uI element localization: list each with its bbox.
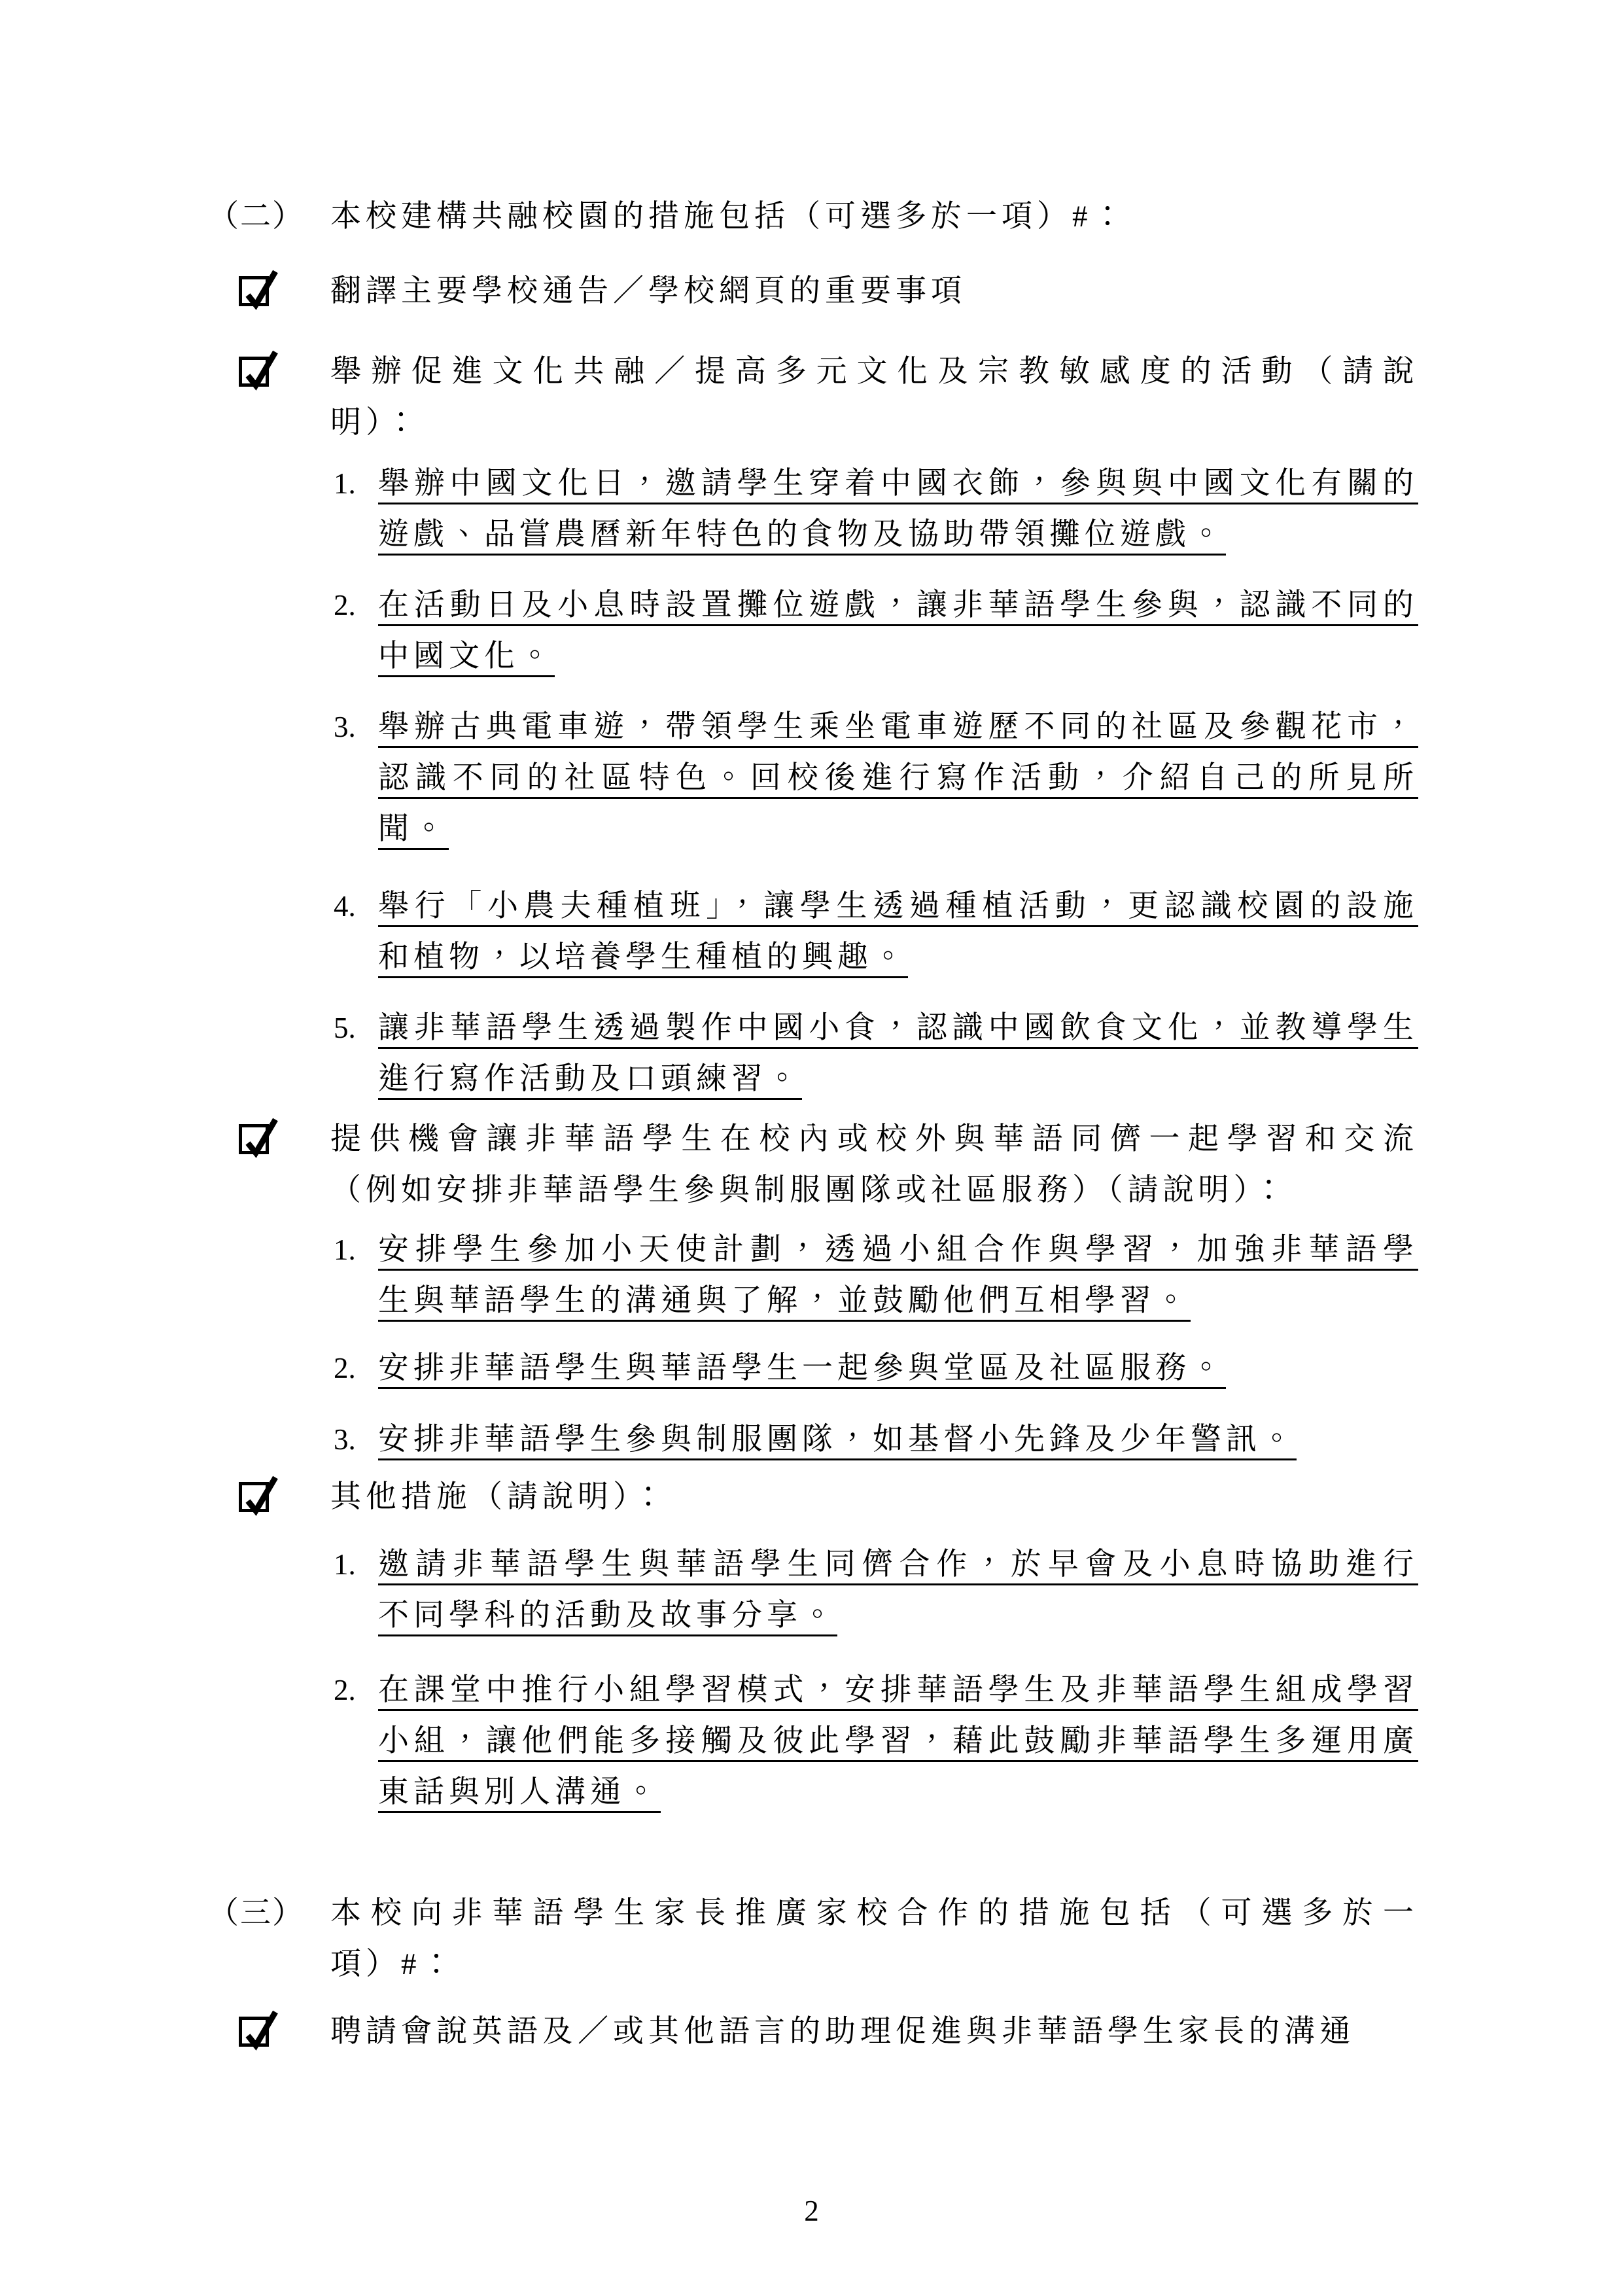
list-item-number: 1.: [334, 1539, 378, 1590]
list-item-line: 生與華語學生的溝通與了解，並鼓勵他們互相學習。: [378, 1275, 1418, 1326]
list-item-line: 安排非華語學生與華語學生一起參與堂區及社區服務。: [378, 1343, 1418, 1394]
checkbox-label-line: （例如安排非華語學生參與制服團隊或社區服務）（請說明）：: [330, 1165, 1418, 1216]
checkbox-label-line: 提供機會讓非華語學生在校內或校外與華語同儕一起學習和交流: [330, 1114, 1418, 1165]
list-item-line: 認識不同的社區特色。回校後進行寫作活動，介紹自己的所見所: [378, 752, 1418, 804]
list-item-number: 3.: [334, 701, 378, 752]
section-3-heading: （三） 本校向非華語學生家長推廣家校合作的措施包括（可選多於一 項）#：: [208, 1888, 1418, 1990]
list-item-number: 5.: [334, 1002, 378, 1053]
checkbox-checked[interactable]: [239, 276, 269, 306]
list-item-line: 在課堂中推行小組學習模式，安排華語學生及非華語學生組成學習: [378, 1665, 1418, 1716]
list-item-number: 4.: [334, 881, 378, 932]
section-heading-line: 項）#：: [330, 1939, 1418, 1990]
list-item-line: 中國文化。: [378, 631, 1418, 682]
list-item-number: 2.: [334, 1343, 378, 1394]
check-icon: [242, 1116, 277, 1157]
list-item-line: 安排非華語學生參與制服團隊，如基督小先鋒及少年警訊。: [378, 1414, 1418, 1465]
list-item-line: 舉行「小農夫種植班」，讓學生透過種植活動，更認識校園的設施: [378, 881, 1418, 932]
list-item-line: 舉辦中國文化日，邀請學生穿着中國衣飾，參與與中國文化有關的: [378, 458, 1418, 509]
checkbox-checked[interactable]: [239, 2017, 269, 2047]
list-item-line: 邀請非華語學生與華語學生同儕合作，於早會及小息時協助進行: [378, 1539, 1418, 1590]
checkbox-label-line: 舉辦促進文化共融／提高多元文化及宗教敏感度的活動（請說: [330, 346, 1418, 397]
list-item: 3. 舉辦古典電車遊，帶領學生乘坐電車遊歷不同的社區及參觀花市， 認識不同的社區…: [334, 701, 1418, 855]
section-heading-line: 本校建構共融校園的措施包括（可選多於一項）#：: [330, 191, 1418, 242]
checkbox-row-cultural-activities: 舉辦促進文化共融／提高多元文化及宗教敏感度的活動（請說 明）：: [239, 346, 1418, 448]
checkbox-label-line: 聘請會說英語及／或其他語言的助理促進與非華語學生家長的溝通: [330, 2006, 1418, 2057]
list-item-line: 遊戲、品嘗農曆新年特色的食物及協助帶領攤位遊戲。: [378, 509, 1418, 560]
list-item-line: 東話與別人溝通。: [378, 1767, 1418, 1818]
checkbox-row-hire-assistant: 聘請會說英語及／或其他語言的助理促進與非華語學生家長的溝通: [239, 2006, 1418, 2057]
check-icon: [242, 1474, 277, 1515]
checkbox-row-other-measures: 其他措施（請說明）：: [239, 1472, 1418, 1523]
list-item-line: 讓非華語學生透過製作中國小食，認識中國飲食文化，並教導學生: [378, 1002, 1418, 1053]
list-item: 2. 安排非華語學生與華語學生一起參與堂區及社區服務。: [334, 1343, 1418, 1394]
list-item: 1. 邀請非華語學生與華語學生同儕合作，於早會及小息時協助進行 不同學科的活動及…: [334, 1539, 1418, 1641]
list-item-line: 安排學生參加小天使計劃，透過小組合作與學習，加強非華語學: [378, 1224, 1418, 1275]
list-item: 1. 舉辦中國文化日，邀請學生穿着中國衣飾，參與與中國文化有關的 遊戲、品嘗農曆…: [334, 458, 1418, 560]
check-icon: [242, 349, 277, 389]
checkbox-checked[interactable]: [239, 1482, 269, 1512]
list-item-line: 和植物，以培養學生種植的興趣。: [378, 932, 1418, 983]
checkbox-checked[interactable]: [239, 1124, 269, 1154]
list-item-line: 聞。: [378, 804, 1418, 855]
list-item: 1. 安排學生參加小天使計劃，透過小組合作與學習，加強非華語學 生與華語學生的溝…: [334, 1224, 1418, 1326]
section-2-heading: （二） 本校建構共融校園的措施包括（可選多於一項）#：: [208, 191, 1418, 242]
checkbox-row-peer-learning: 提供機會讓非華語學生在校內或校外與華語同儕一起學習和交流 （例如安排非華語學生參…: [239, 1114, 1418, 1216]
checkbox-row-translate-notices: 翻譯主要學校通告／學校網頁的重要事項: [239, 266, 1418, 317]
page-number: 2: [0, 2193, 1623, 2229]
list-item: 3. 安排非華語學生參與制服團隊，如基督小先鋒及少年警訊。: [334, 1414, 1418, 1465]
section-label: （三）: [208, 1888, 330, 1939]
list-item: 2. 在課堂中推行小組學習模式，安排華語學生及非華語學生組成學習 小組，讓他們能…: [334, 1665, 1418, 1818]
list-item-line: 在活動日及小息時設置攤位遊戲，讓非華語學生參與，認識不同的: [378, 580, 1418, 631]
list-item: 5. 讓非華語學生透過製作中國小食，認識中國飲食文化，並教導學生 進行寫作活動及…: [334, 1002, 1418, 1104]
list-item-number: 2.: [334, 580, 378, 631]
checkbox-label-line: 明）：: [330, 397, 1418, 448]
checkbox-label-line: 翻譯主要學校通告／學校網頁的重要事項: [330, 266, 1418, 317]
list-item-line: 小組，讓他們能多接觸及彼此學習，藉此鼓勵非華語學生多運用廣: [378, 1716, 1418, 1767]
list-item-number: 1.: [334, 458, 378, 509]
checkbox-checked[interactable]: [239, 357, 269, 387]
list-item-number: 1.: [334, 1224, 378, 1275]
section-heading-line: 本校向非華語學生家長推廣家校合作的措施包括（可選多於一: [330, 1888, 1418, 1939]
checkbox-label-line: 其他措施（請說明）：: [330, 1472, 1418, 1523]
check-icon: [242, 2009, 277, 2049]
list-item-number: 2.: [334, 1665, 378, 1716]
list-item-line: 舉辦古典電車遊，帶領學生乘坐電車遊歷不同的社區及參觀花市，: [378, 701, 1418, 752]
list-item-line: 進行寫作活動及口頭練習。: [378, 1053, 1418, 1104]
list-item: 2. 在活動日及小息時設置攤位遊戲，讓非華語學生參與，認識不同的 中國文化。: [334, 580, 1418, 682]
check-icon: [242, 268, 277, 309]
document-page: （二） 本校建構共融校園的措施包括（可選多於一項）#： 翻譯主要學校通告／學校網…: [0, 0, 1623, 2296]
list-item-line: 不同學科的活動及故事分享。: [378, 1590, 1418, 1641]
list-item: 4. 舉行「小農夫種植班」，讓學生透過種植活動，更認識校園的設施 和植物，以培養…: [334, 881, 1418, 983]
list-item-number: 3.: [334, 1414, 378, 1465]
section-label: （二）: [208, 191, 330, 242]
